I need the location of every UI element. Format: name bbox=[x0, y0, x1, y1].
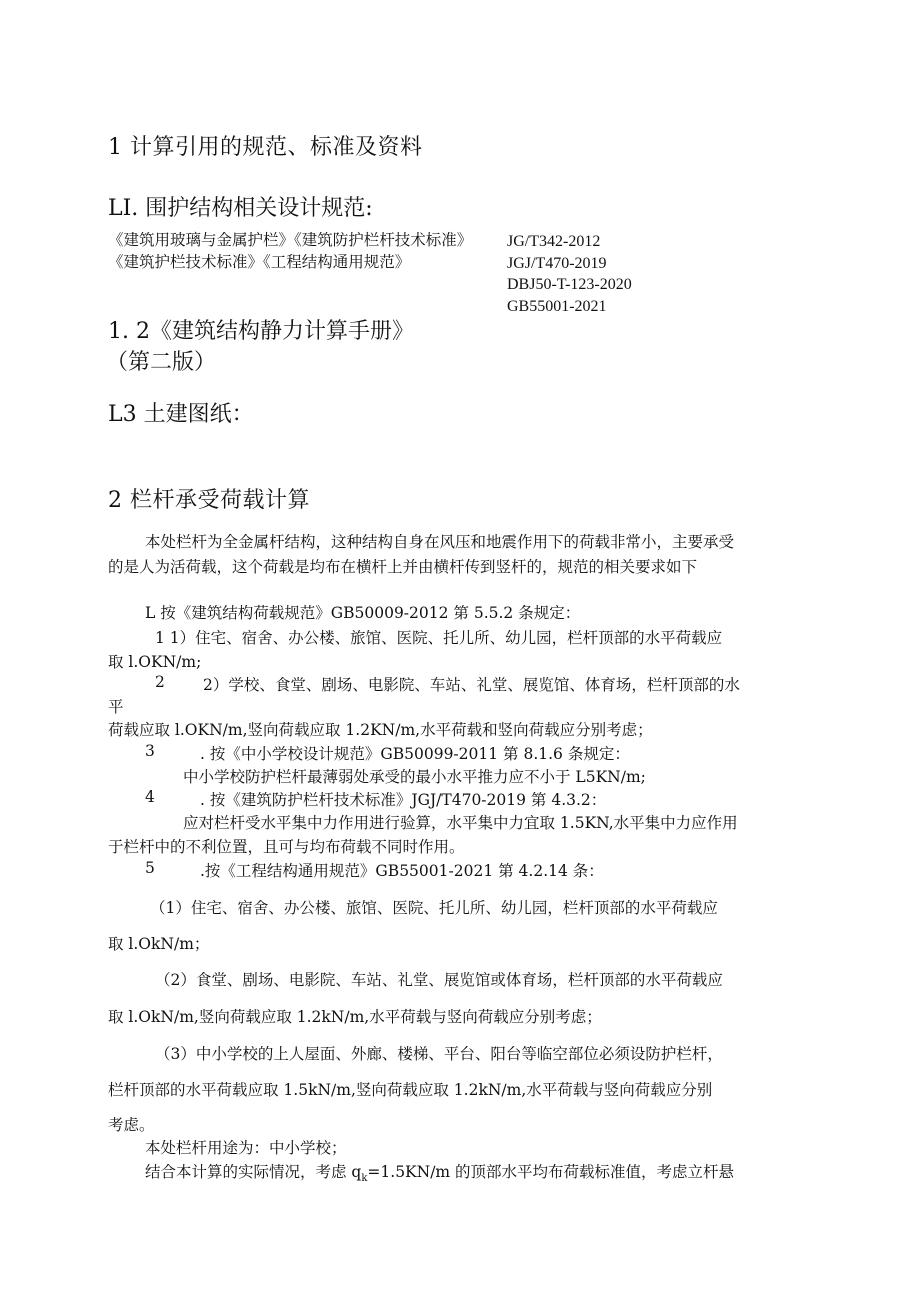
clause-1-b-line-1: 2）学校、食堂、剧场、电影院、车站、礼堂、展览馆、体育场，栏杆顶部的水 bbox=[203, 673, 740, 695]
clause-5-heading: .按《工程结构通用规范》GB55001-2021 第 4.2.14 条： bbox=[200, 859, 604, 881]
clause-1-b-line-2: 平 bbox=[108, 695, 124, 717]
standard-code: JG/T342-2012 bbox=[507, 231, 632, 253]
subsection-1-2-heading: 1. 2《建筑结构静力计算手册》 bbox=[108, 314, 414, 345]
clause-5-3-line-1: （3）中小学校的上人屋面、外廊、楼梯、平台、阳台等临空部位必须设防护栏杆， bbox=[155, 1042, 723, 1064]
clause-5-1-line-2: 取 l.OkN/m； bbox=[108, 932, 209, 954]
clause-1-heading: L 按《建筑结构荷载规范》GB50009-2012 第 5.5.2 条规定： bbox=[145, 601, 580, 623]
clause-4-line-2: 于栏杆中的不利位置，且可与均布荷载不同时作用。 bbox=[108, 835, 465, 857]
clause-5-2-line-2: 取 l.OkN/m,竖向荷载应取 1.2kN∕m,水平荷载与竖向荷载应分别考虑； bbox=[108, 1005, 602, 1027]
referenced-standards-list: 《建筑用玻璃与金属护栏》《建筑防护栏杆技术标准》《建筑护栏技术标准》《工程结构通… bbox=[108, 229, 486, 273]
clause-4-number: 4 bbox=[145, 788, 155, 806]
clause-1-b-line-3: 荷载应取 l.OKN/m,竖向荷载应取 1.2KN∕m,水平荷载和竖向荷载应分别… bbox=[108, 718, 653, 740]
design-load-text-pre: 结合本计算的实际情况，考虑 q bbox=[145, 1163, 361, 1181]
clause-1-b-number: 2 bbox=[155, 673, 165, 691]
standard-code: DBJ50-T-123-2020 bbox=[507, 274, 632, 296]
clause-5-3-line-2: 栏杆顶部的水平荷载应取 1.5kN∕m,竖向荷载应取 1.2kN∕m,水平荷载与… bbox=[108, 1078, 712, 1100]
clause-4-line-1: 应对栏杆受水平集中力作用进行验算，水平集中力宜取 1.5KN,水平集中力应作用 bbox=[183, 811, 738, 833]
clause-1-a-line-2: 取 l.OKN/m; bbox=[108, 650, 201, 672]
intro-paragraph-line-1: 本处栏杆为全金属杆结构，这种结构自身在风压和地震作用下的荷载非常小，主要承受 bbox=[145, 530, 734, 552]
clause-5-number: 5 bbox=[145, 859, 155, 877]
section-2-heading: 2 栏杆承受荷载计算 bbox=[108, 483, 310, 514]
subsection-1-1-heading: LI. 围护结构相关设计规范: bbox=[108, 191, 373, 222]
intro-paragraph-line-2: 的是人为活荷载，这个荷载是均布在横杆上并由横杆传到竖杆的，规范的相关要求如下 bbox=[108, 555, 697, 577]
standard-code: GB55001-2021 bbox=[507, 296, 632, 318]
clause-3-number: 3 bbox=[145, 742, 155, 760]
clause-3-body: 中小学校防护栏杆最薄弱处承受的最小水平推力应不小于 L5KN∕m; bbox=[183, 765, 646, 787]
clause-5-1-line-1: （1）住宅、宿舍、办公楼、旅馆、医院、托儿所、幼儿园，栏杆顶部的水平荷载应 bbox=[150, 896, 718, 918]
subsection-1-3-heading: L3 土建图纸： bbox=[108, 397, 254, 428]
clause-1-a-line-1: 1 1）住宅、宿舍、办公楼、旅馆、医院、托儿所、幼儿园，栏杆顶部的水平荷载应 bbox=[155, 626, 722, 648]
design-load-statement: 结合本计算的实际情况，考虑 qk=1.5KN∕m 的顶部水平均布荷载标准值，考虑… bbox=[145, 1160, 734, 1184]
design-load-text-post: =1.5KN∕m 的顶部水平均布荷载标准值，考虑立杆悬 bbox=[367, 1163, 734, 1181]
clause-5-2-line-1: （2）食堂、剧场、电影院、车站、礼堂、展览馆或体育场，栏杆顶部的水平荷载应 bbox=[155, 968, 723, 990]
section-1-heading: 1 计算引用的规范、标准及资料 bbox=[108, 130, 423, 161]
railing-usage: 本处栏杆用途为：中小学校； bbox=[145, 1136, 347, 1158]
clause-3-heading: . 按《中小学校设计规范》GB50099-2011 第 8.1.6 条规定： bbox=[200, 742, 630, 764]
subsection-1-2-edition: （第二版） bbox=[106, 345, 216, 376]
standard-code: JGJ/T470-2019 bbox=[507, 253, 632, 275]
clause-4-heading: . 按《建筑防护栏杆技术标准》JGJ/T470-2019 第 4.3.2： bbox=[200, 788, 606, 810]
clause-5-3-line-3: 考虑。 bbox=[108, 1113, 155, 1135]
standard-codes-column: JG/T342-2012 JGJ/T470-2019 DBJ50-T-123-2… bbox=[507, 231, 632, 317]
